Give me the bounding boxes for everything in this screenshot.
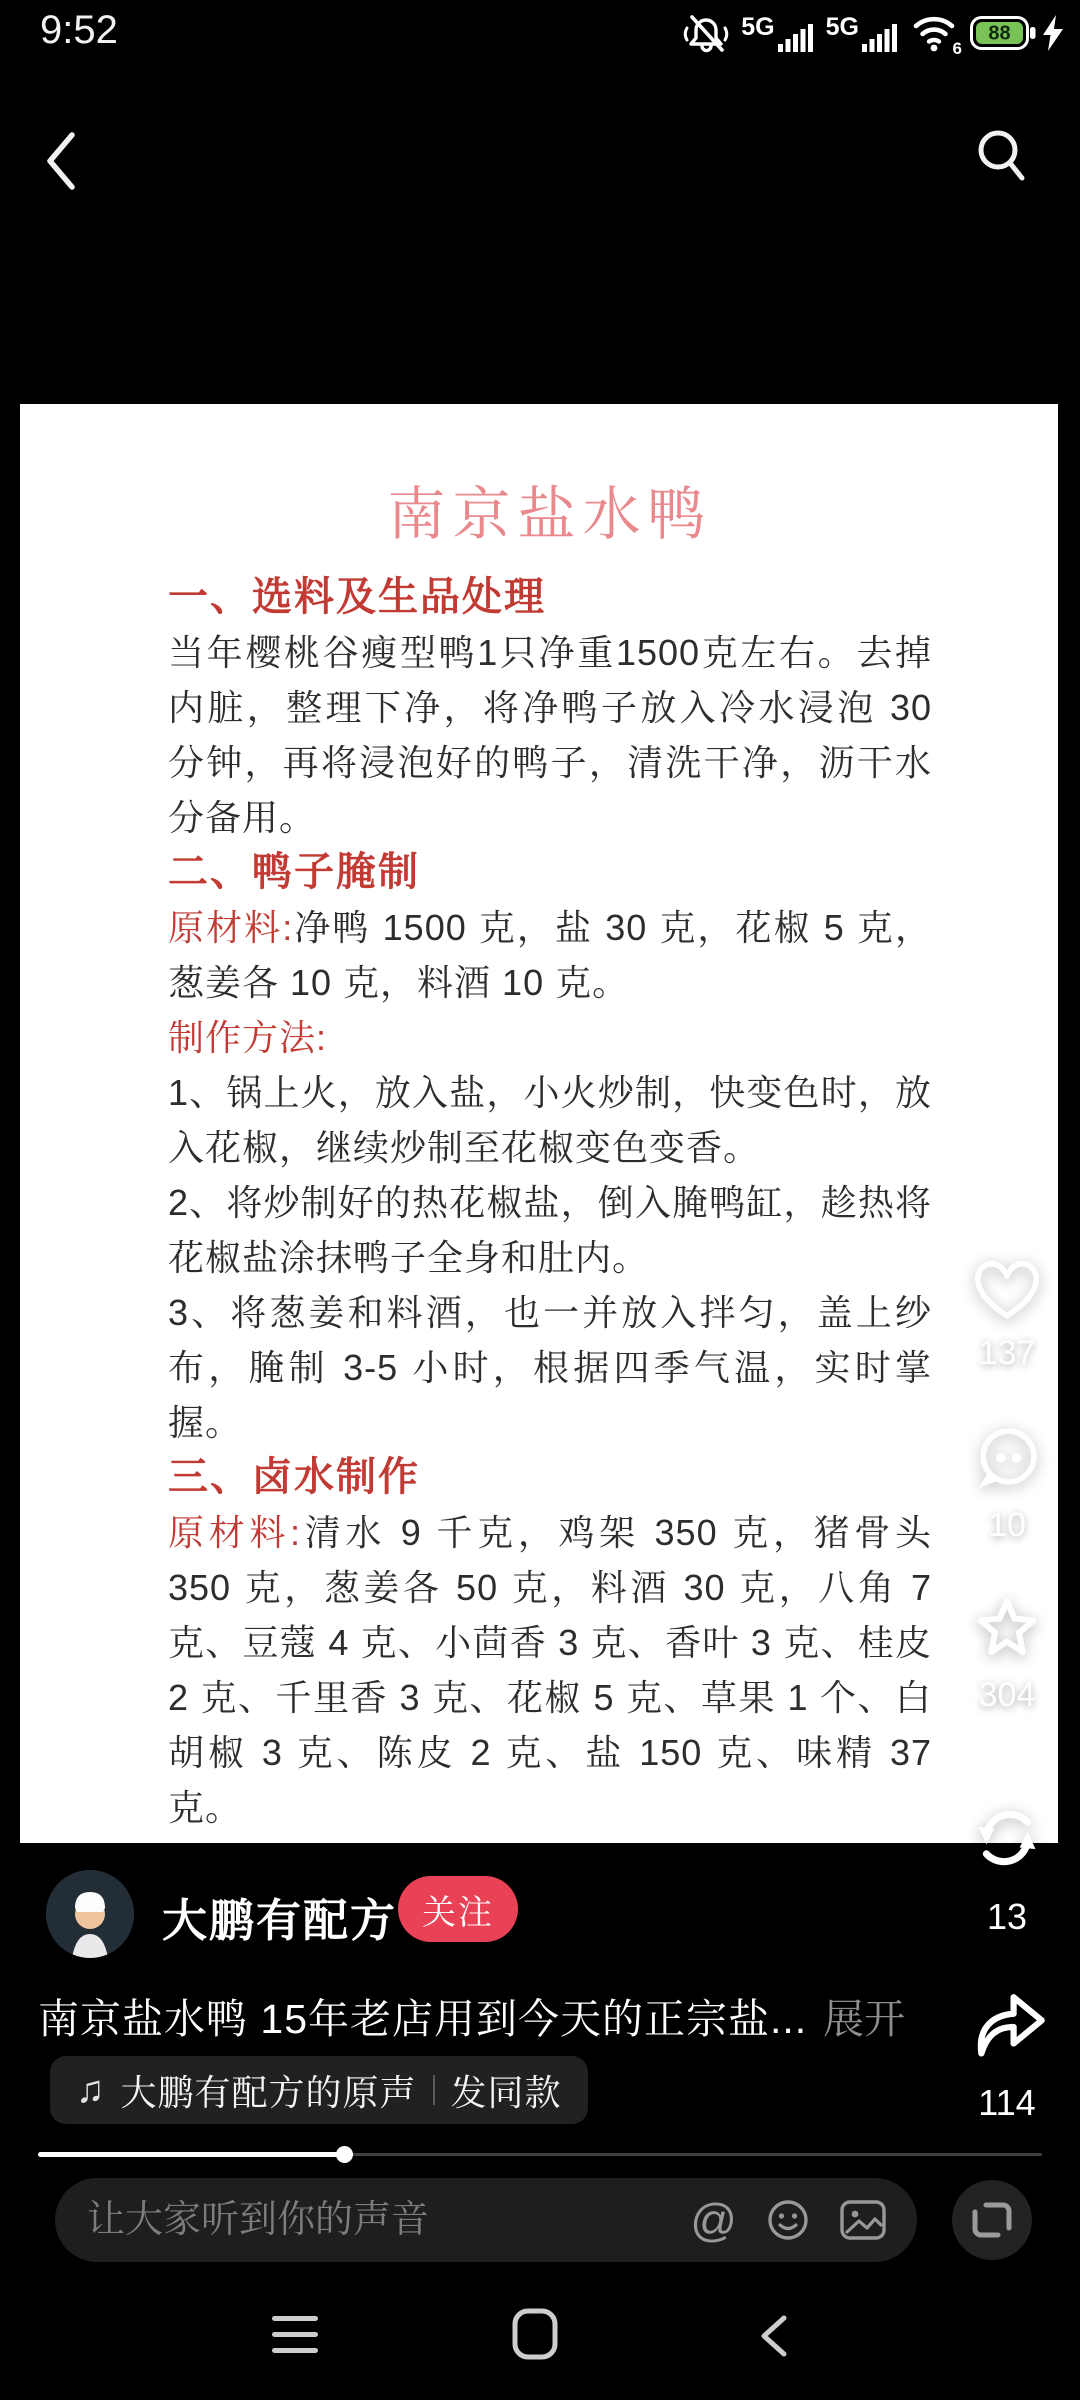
music-pill[interactable]: ♫ 大鹏有配方的原声 发同款 xyxy=(50,2056,588,2124)
comment-bubble-icon xyxy=(969,1420,1045,1496)
expand-caption-button[interactable]: 展开 xyxy=(823,1986,905,2045)
mention-icon[interactable]: @ xyxy=(690,2197,737,2243)
battery-icon: 88 xyxy=(970,14,1038,52)
recipe-card: 南京盐水鸭 一、选料及生品处理 当年樱桃谷瘦型鸭1只净重1500克左右。去掉内脏… xyxy=(20,404,1058,1843)
repost-count: 13 xyxy=(987,1896,1027,1938)
video-caption: 南京盐水鸭 15年老店用到今天的正宗盐... xyxy=(38,1986,807,2045)
nav-menu-button[interactable] xyxy=(272,2314,318,2356)
battery-percent-text: 88 xyxy=(988,23,1010,45)
follow-button[interactable]: 关注 xyxy=(398,1876,518,1942)
divider xyxy=(433,2075,435,2105)
star-icon xyxy=(968,1590,1046,1666)
status-time: 9:52 xyxy=(40,8,118,53)
signal-bars-icon xyxy=(862,22,898,52)
like-count: 137 xyxy=(979,1334,1036,1373)
section-heading-1: 一、选料及生品处理 xyxy=(168,570,932,625)
comment-count: 10 xyxy=(988,1506,1026,1545)
repost-button[interactable]: 13 xyxy=(947,1800,1067,1938)
signal-bars-icon xyxy=(778,22,814,52)
nav-back-button[interactable] xyxy=(754,2314,794,2358)
comment-input[interactable] xyxy=(85,2198,662,2243)
share-arrow-icon xyxy=(967,1984,1047,2060)
materials-label: 原材料: xyxy=(168,907,293,948)
section-3-materials: 原材料:清水 9 千克，鸡架 350 克，猪骨头 350 克，葱姜各 50 克，… xyxy=(168,1505,932,1835)
section-1-body: 当年樱桃谷瘦型鸭1只净重1500克左右。去掉内脏，整理下净，将净鸭子放入冷水浸泡… xyxy=(168,625,932,845)
share-button[interactable]: 114 xyxy=(947,1984,1067,2124)
chef-avatar-image xyxy=(46,1870,134,1958)
section-2-step-1: 1、锅上火，放入盐，小火炒制，快变色时，放入花椒，继续炒制至花椒变色变香。 xyxy=(168,1065,932,1175)
progress-fill xyxy=(38,2152,344,2157)
wifi-icon: 6 xyxy=(910,10,958,57)
search-icon[interactable] xyxy=(972,126,1032,190)
like-button[interactable]: 137 xyxy=(947,1252,1067,1373)
section-2-materials: 原材料:净鸭 1500 克，盐 30 克，花椒 5 克，葱姜各 10 克，料酒 … xyxy=(168,900,932,1010)
charging-bolt-icon xyxy=(1042,14,1064,52)
nav-home-button[interactable] xyxy=(512,2308,558,2360)
section-2-method-label: 制作方法: xyxy=(168,1010,932,1065)
recipe-title: 南京盐水鸭 xyxy=(168,476,932,554)
music-note-icon: ♫ xyxy=(76,2071,105,2109)
comment-composer[interactable]: @ xyxy=(55,2178,917,2262)
use-sound-button[interactable]: 发同款 xyxy=(451,2065,562,2116)
repost-icon xyxy=(968,1800,1046,1876)
fullscreen-icon xyxy=(952,2180,1032,2260)
section-heading-3: 三、卤水制作 xyxy=(168,1450,932,1505)
back-button[interactable] xyxy=(40,130,84,192)
section-2-step-3: 3、将葱姜和料酒，也一并放入拌匀，盖上纱布，腌制 3-5 小时，根据四季气温，实… xyxy=(168,1285,932,1450)
mute-bell-icon xyxy=(683,10,729,56)
heart-icon xyxy=(969,1252,1045,1324)
image-attach-icon[interactable] xyxy=(839,2198,887,2242)
creator-name[interactable]: 大鹏有配方 xyxy=(162,1884,397,1949)
signal-5g-sim1: 5G xyxy=(741,15,813,52)
section-2-step-2: 2、将炒制好的热花椒盐，倒入腌鸭缸，趁热将花椒盐涂抹鸭子全身和肚内。 xyxy=(168,1175,932,1285)
fullscreen-button[interactable] xyxy=(952,2180,1032,2260)
comment-button[interactable]: 10 xyxy=(947,1420,1067,1545)
emoji-icon[interactable] xyxy=(765,2197,811,2243)
favorite-button[interactable]: 304 xyxy=(947,1590,1067,1715)
music-title: 大鹏有配方的原声 xyxy=(121,2065,417,2116)
signal-5g-sim2: 5G xyxy=(826,15,898,52)
materials-label: 原材料: xyxy=(168,1512,301,1553)
section-heading-2: 二、鸭子腌制 xyxy=(168,845,932,900)
video-progress-bar[interactable] xyxy=(38,2146,1042,2164)
avatar[interactable] xyxy=(46,1870,134,1958)
section-3-method-label: 制作方法: xyxy=(168,1835,932,1843)
favorite-count: 304 xyxy=(979,1676,1036,1715)
progress-handle[interactable] xyxy=(336,2146,353,2163)
share-count: 114 xyxy=(978,2082,1035,2124)
status-icons: 5G 5G 6 88 xyxy=(683,10,1064,56)
